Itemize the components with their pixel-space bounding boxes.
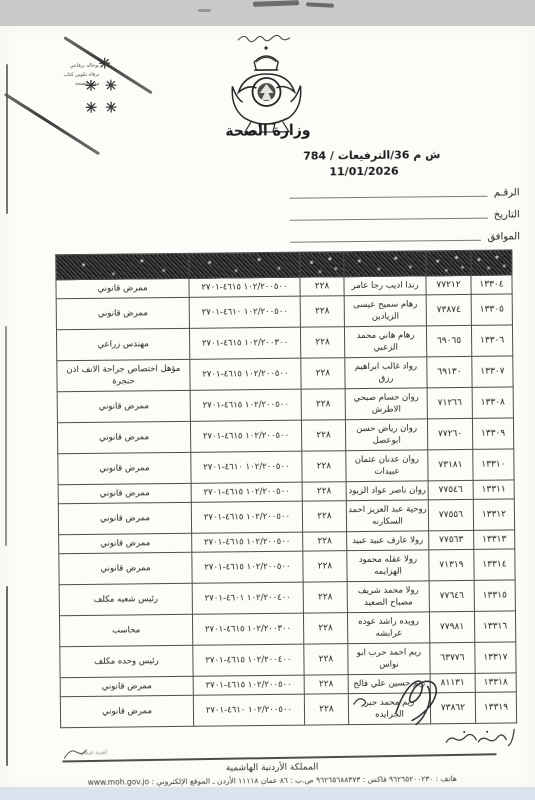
field-tarikh: التاريخ <box>290 207 520 222</box>
serial-number-cell: ١٣٣١٢ <box>473 499 514 530</box>
employee-name-cell: روان عدنان عثمان عبيدات <box>346 450 428 482</box>
contact-line: هاتف : ٩٦٢٦٥٢٠٠٢٣٠ فاكس : ٩٦٢٦٥٦٨٨٣٧٣ ص.… <box>5 773 535 788</box>
grade-cell: ٢٢٨ <box>300 277 344 296</box>
employee-name-cell: روان حسام صبحي الاطرش <box>345 388 427 420</box>
grade-cell: ٢٢٨ <box>300 296 344 327</box>
serial-number-cell: ١٣٣١٧ <box>475 642 516 673</box>
budget-code-cell: ١٠٢/٢٠٠٣٠٠ ٤٦١٥-٢٧٠١ <box>192 613 303 645</box>
field-label: الموافق <box>487 231 520 242</box>
serial-number-cell: ١٣٣١٥ <box>474 580 515 611</box>
reference-date: 11/01/2026 <box>289 163 519 178</box>
grade-cell: ٢٢٨ <box>303 582 347 613</box>
job-title-cell: ممرض قانوني <box>60 695 193 727</box>
job-title-cell: ممرض قانوني <box>56 297 189 329</box>
grade-cell: ٢٢٨ <box>302 482 346 501</box>
budget-code-cell: ١٠٢/٢٠٠٥٠٠ ٤٦١٥-٢٧٠١ <box>190 420 301 452</box>
employee-name-cell: رولا محمد شريف مصباح الصعيد <box>347 581 429 613</box>
serial-number-cell: ١٣٣١١ <box>473 480 514 499</box>
employee-number-cell: ٧٧٩٨١ <box>429 611 474 642</box>
serial-number-cell: ١٣٣١٤ <box>474 549 515 580</box>
field-line <box>290 218 488 221</box>
field-raqam: الرقـم <box>290 185 520 200</box>
reference-block: ش م 36/الترفيعات / 784 11/01/2026 الرقـم… <box>289 147 520 244</box>
serial-number-cell: ١٣٣٠٧ <box>472 356 513 387</box>
serial-number-cell: ١٣٣١٩ <box>475 692 516 723</box>
star-icon <box>99 58 110 69</box>
scanner-bottom-strip <box>0 787 535 800</box>
employee-name-cell: روان رياض حسن ابوعصل <box>345 419 427 451</box>
job-title-cell: ممرض قانوني <box>57 421 190 453</box>
employee-number-cell: ٧٧٥٥٦ <box>428 499 473 530</box>
budget-code-cell: ١٠٢/٢٠٠٤٠٠ ٤٦٠١-٢٧٠١ <box>192 582 303 614</box>
table-body: ١٣٣٠٤ ٧٧٢١٢ رندا اديب رجا عامر ٢٢٨ ١٠٢/٢… <box>56 275 517 728</box>
grade-cell: ٢٢٨ <box>304 644 348 675</box>
field-muwafiq: الموافق <box>290 229 520 244</box>
grade-cell: ٢٢٨ <box>301 420 345 451</box>
budget-code-cell: ١٠٢/٢٠٠٥٠٠ ٤٦١٥-٢٧٠١ <box>189 277 300 297</box>
budget-code-cell: ١٠٢/٢٠٠٥٠٠ ٤٦١٥-٢٧٠١ <box>190 358 301 390</box>
grade-cell: ٢٢٨ <box>304 694 348 725</box>
employee-number-cell: ٦٩١٣٠ <box>427 356 472 387</box>
job-title-cell: محاسب <box>59 614 192 646</box>
employee-name-cell: رهام هاني محمد الزعبي <box>344 326 426 358</box>
reference-number: ش م 36/الترفيعات / 784 <box>289 147 519 162</box>
star-icon <box>85 80 96 91</box>
employee-name-cell: روحية عبد العزيز احمد السكارنه <box>346 500 428 532</box>
serial-number-cell: ١٣٣٠٥ <box>471 294 512 325</box>
budget-code-cell: ١٠٢/٢٠٠٣٠٠ ٤٦١٥-٢٧٠١ <box>189 327 300 359</box>
serial-number-cell: ١٣٣٠٩ <box>472 418 513 449</box>
employee-name-cell: ريم احمد حرب ابو نواس <box>348 643 430 675</box>
budget-code-cell: ١٠٢/٢٠٠٥٠٠ ٤٦١٥-٢٧٠١ <box>191 482 302 502</box>
star-icon <box>105 80 116 91</box>
grade-cell: ٢٢٨ <box>302 501 346 532</box>
table-row: ١٣٣١٤ ٧١٣١٩ رولا عقله محمود الهزايمه ٢٢٨… <box>59 549 515 585</box>
table-row: ١٣٣٠٨ ٧١٢٦٦ روان حسام صبحي الاطرش ٢٢٨ ١٠… <box>57 387 513 423</box>
table-row: ١٣٣٠٦ ٦٩٠٦٥ رهام هاني محمد الزعبي ٢٢٨ ١٠… <box>56 325 512 361</box>
serial-number-cell: ١٣٣١٦ <box>474 611 515 642</box>
employee-name-cell: رندا اديب رجا عامر <box>344 276 426 296</box>
table-row: ١٣٣١٥ ٧٧٦٤٦ رولا محمد شريف مصباح الصعيد … <box>59 580 515 616</box>
grade-cell: ٢٢٨ <box>302 451 346 482</box>
employee-name-cell: رولا عارف عبيد عبيد <box>347 531 429 551</box>
scan-smudge <box>253 0 299 7</box>
grade-cell: ٢٢٨ <box>303 551 347 582</box>
budget-code-cell: ١٠٢/٢٠٠٤٠٠ ٤٦١٥-٢٧٠١ <box>193 644 304 676</box>
scanner-edge-strip <box>0 0 535 26</box>
budget-code-cell: ١٠٢/٢٠٠٥٠٠ ٤٦١٥-٢٧٠١ <box>190 389 301 421</box>
job-title-cell: ممرض قانوني <box>58 452 191 484</box>
job-title-cell: مؤهل اختصاص جراحة الانف اذن حنجرة <box>57 359 190 391</box>
grade-cell: ٢٢٨ <box>301 358 345 389</box>
job-title-cell: ممرض قانوني <box>59 552 192 584</box>
budget-code-cell: ١٠٢/٢٠٠٥٠٠ ٤٦١٥-٢٧٠١ <box>192 532 303 552</box>
budget-code-cell: ١٠٢/٢٠٠٥٠٠ ٤٦١٠-٢٧٠١ <box>189 296 300 328</box>
scanned-document: بوخالد برفاعي ترقاه تكوين كتاب مدير الصح… <box>0 0 535 800</box>
table-row: ١٣٣٠٩ ٧٧٢٦٠ روان رياض حسن ابوعصل ٢٢٨ ١٠٢… <box>57 418 513 454</box>
document-page: بوخالد برفاعي ترقاه تكوين كتاب مدير الصح… <box>0 26 535 787</box>
employee-number-cell: ٧٧٥٦٣ <box>429 530 474 549</box>
employee-name-cell: رواد غالب ابراهيم رزق <box>345 357 427 389</box>
header-cell-illegible <box>426 250 471 275</box>
field-label: التاريخ <box>494 209 520 220</box>
handwritten-note <box>440 723 518 754</box>
promotion-table: ١٣٣٠٤ ٧٧٢١٢ رندا اديب رجا عامر ٢٢٨ ١٠٢/٢… <box>55 249 516 728</box>
employee-number-cell: ٧٧٥٤٦ <box>428 480 473 499</box>
field-label: الرقـم <box>494 187 520 198</box>
employee-number-cell: ٦٩٠٦٥ <box>426 325 471 356</box>
table-row: ١٣٣١٢ ٧٧٥٥٦ روحية عبد العزيز احمد السكار… <box>58 499 514 535</box>
table-row: ١٣٣١٠ ٧٣١٨١ روان عدنان عثمان عبيدات ٢٢٨ … <box>58 449 514 485</box>
employee-number-cell: ٧٧٦٤٦ <box>429 580 474 611</box>
job-title-cell: ممرض قانوني <box>58 483 191 503</box>
employee-name-cell: روان ناصر عواد الزيود <box>346 481 428 501</box>
scan-smudge <box>306 2 334 7</box>
serial-number-cell: ١٣٣١٠ <box>473 449 514 480</box>
grade-cell: ٢٢٨ <box>303 613 347 644</box>
employee-name-cell: رويده راشد عوده غرابشه <box>347 612 429 644</box>
tiny-handwriting: اشرم عرمان <box>80 750 107 756</box>
job-title-cell: ممرض قانوني <box>59 533 192 553</box>
job-title-cell: رئيس وحده مكلف <box>60 645 193 677</box>
header-cell-illegible <box>300 252 344 277</box>
budget-code-cell: ١٠٢/٢٠٠٥٠٠ ٤٦١٥-٢٧٠١ <box>192 551 303 583</box>
ministry-title: وزارة الصحة <box>198 122 338 141</box>
header-cell-illegible <box>56 253 189 279</box>
job-title-cell: ممرض قانوني <box>58 502 191 534</box>
budget-code-cell: ١٠٢/٢٠٠٥٠٠ ٤٦١٠-٢٧٠١ <box>193 694 304 726</box>
star-icon <box>86 102 97 113</box>
employee-number-cell: ٧٧٢٦٠ <box>427 418 472 449</box>
serial-number-cell: ١٣٣٠٨ <box>472 387 513 418</box>
employee-number-cell: ٧٧٢١٢ <box>426 275 471 294</box>
table-row: ١٣٣٠٧ ٦٩١٣٠ رواد غالب ابراهيم رزق ٢٢٨ ١٠… <box>57 356 513 392</box>
field-line <box>290 240 481 243</box>
budget-code-cell: ١٠٢/٢٠٠٥٠٠ ٤٦١٠-٢٧٠١ <box>191 451 302 483</box>
employee-number-cell: ٧٣٨٧٤ <box>426 294 471 325</box>
table-row: ١٣٣١٦ ٧٧٩٨١ رويده راشد عوده غرابشه ٢٢٨ ١… <box>59 611 515 647</box>
grade-cell: ٢٢٨ <box>303 532 347 551</box>
grade-cell: ٢٢٨ <box>300 327 344 358</box>
employee-number-cell: ٧١٣١٩ <box>429 549 474 580</box>
header-cell-illegible <box>344 251 426 277</box>
employee-number-cell: ٧٣١٨١ <box>428 449 473 480</box>
serial-number-cell: ١٣٣١٣ <box>474 530 515 549</box>
budget-code-cell: ١٠٢/٢٠٠٥٠٠ ٤٦١٥-٢٧٠١ <box>191 501 302 533</box>
grade-cell: ٢٢٨ <box>301 389 345 420</box>
handwritten-signature <box>382 672 453 732</box>
employee-name-cell: رولا عقله محمود الهزايمه <box>347 550 429 582</box>
employee-number-cell: ٧١٢٦٦ <box>427 387 472 418</box>
job-title-cell: ممرض قانوني <box>57 390 190 422</box>
table-row: ١٣٣٠٥ ٧٣٨٧٤ رهام سميح عيسى الزيادين ٢٢٨ … <box>56 294 512 330</box>
star-icon <box>106 102 117 113</box>
job-title-cell: رئيس شعبه مكلف <box>59 583 192 615</box>
budget-code-cell: ١٠٢/٢٠٠٥٠٠ ٤٦١٥-٢٧٠١ <box>193 675 304 695</box>
job-title-cell: مهندس زراعي <box>56 328 189 360</box>
serial-number-cell: ١٣٣٠٦ <box>471 325 512 356</box>
stamp-stars <box>13 39 143 40</box>
grade-cell: ٢٢٨ <box>304 675 348 694</box>
serial-number-cell: ١٣٣٠٤ <box>471 275 512 294</box>
field-line <box>290 196 488 199</box>
employee-name-cell: رهام سميح عيسى الزيادين <box>344 295 426 327</box>
header-cell-illegible <box>189 252 300 278</box>
handwritten-mark <box>352 693 372 712</box>
serial-number-cell: ١٣٣١٨ <box>475 673 516 692</box>
approval-stamp: بوخالد برفاعي ترقاه تكوين كتاب مدير الصح… <box>13 39 144 148</box>
scan-smudge <box>198 9 211 12</box>
job-title-cell: ممرض قانوني <box>56 278 189 298</box>
employee-number-cell: ٦٣٧٧٦ <box>430 642 475 673</box>
job-title-cell: ممرض قانوني <box>60 676 193 696</box>
header-cell-illegible <box>471 250 512 275</box>
